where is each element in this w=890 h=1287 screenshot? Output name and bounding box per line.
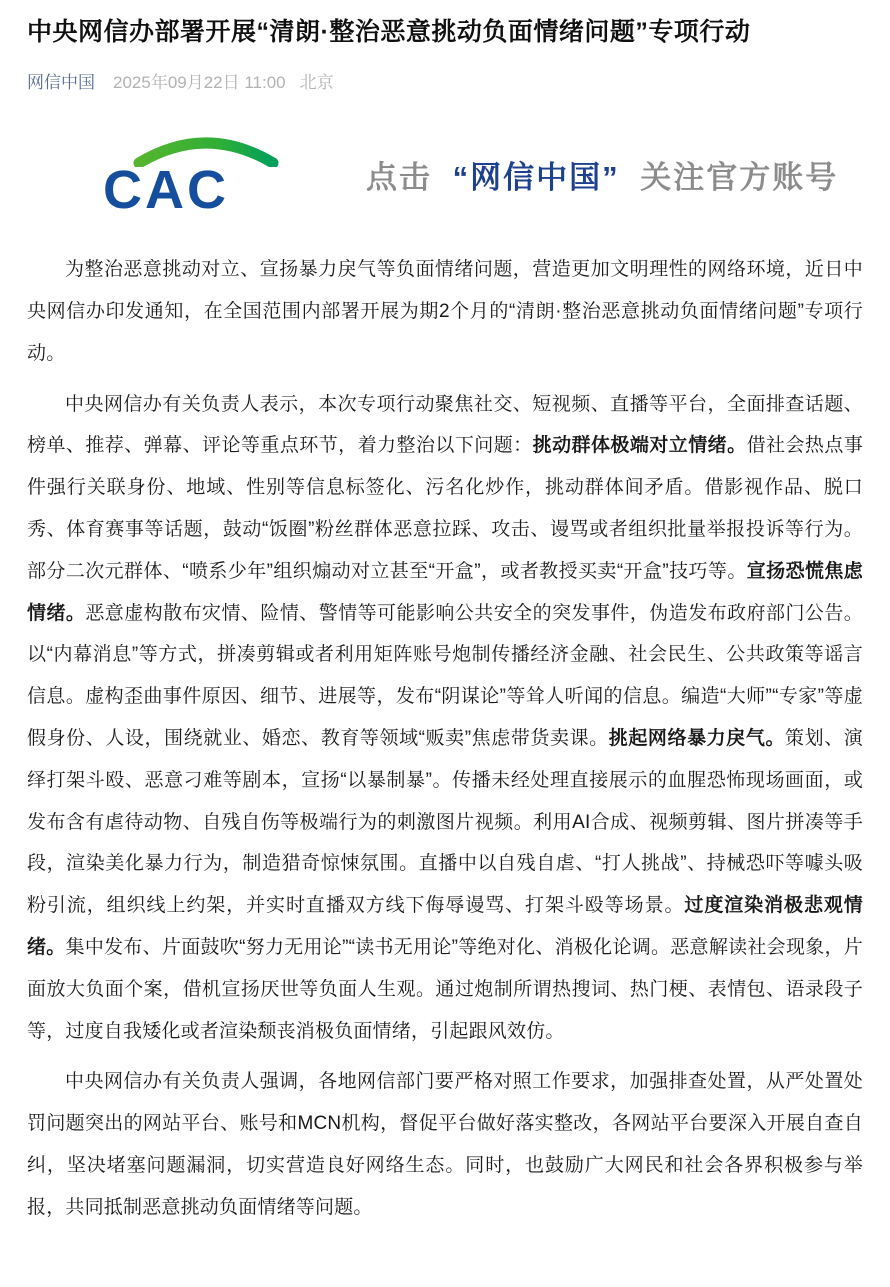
article-paragraph: 中央网信办有关负责人表示，本次专项行动聚焦社交、短视频、直播等平台，全面排查话题… <box>27 384 863 1053</box>
banner-caption-prefix: 点击 <box>366 160 432 195</box>
cac-logo-text: CAC <box>103 163 229 217</box>
page-title: 中央网信办部署开展“清朗·整治恶意挑动负面情绪问题”专项行动 <box>27 14 863 50</box>
banner-caption-suffix: 关注官方账号 <box>640 160 838 195</box>
publish-location: 北京 <box>300 68 334 93</box>
source-account-link[interactable]: 网信中国 <box>27 68 95 93</box>
paragraph-run-bold: 挑起网络暴力戾气。 <box>609 728 785 749</box>
publish-datetime: 2025年09月22日 11:00 <box>113 68 286 93</box>
cac-logo: CAC <box>103 131 308 217</box>
paragraph-run-bold: 挑动群体极端对立情绪。 <box>533 435 747 456</box>
paragraph-run: 集中发布、片面鼓吹“努力无用论”“读书无用论”等绝对化、消极化论调。恶意解读社会… <box>27 937 863 1042</box>
paragraph-run: 为整治恶意挑动对立、宣扬暴力戾气等负面情绪问题，营造更加文明理性的网络环境，近日… <box>27 259 863 364</box>
article-paragraph: 为整治恶意挑动对立、宣扬暴力戾气等负面情绪问题，营造更加文明理性的网络环境，近日… <box>27 249 863 374</box>
banner-caption-highlight: “网信中国” <box>453 160 620 195</box>
follow-account-banner[interactable]: CAC 点击 “网信中国” 关注官方账号 <box>27 119 863 231</box>
article-meta: 网信中国 2025年09月22日 11:00 北京 <box>27 68 863 93</box>
article-page: 中央网信办部署开展“清朗·整治恶意挑动负面情绪问题”专项行动 网信中国 2025… <box>0 0 890 1268</box>
article-body: 为整治恶意挑动对立、宣扬暴力戾气等负面情绪问题，营造更加文明理性的网络环境，近日… <box>27 249 863 1228</box>
banner-caption: 点击 “网信中国” 关注官方账号 <box>366 152 838 197</box>
paragraph-run: 借社会热点事件强行关联身份、地域、性别等信息标签化、污名化炒作，挑动群体间矛盾。… <box>27 435 863 581</box>
paragraph-run: 中央网信办有关负责人强调，各地网信部门要严格对照工作要求，加强排查处置，从严处置… <box>27 1071 863 1217</box>
article-paragraph: 中央网信办有关负责人强调，各地网信部门要严格对照工作要求，加强排查处置，从严处置… <box>27 1061 863 1228</box>
paragraph-run: 策划、演绎打架斗殴、恶意刁难等剧本，宣扬“以暴制暴”。传播未经处理直接展示的血腥… <box>27 728 863 916</box>
